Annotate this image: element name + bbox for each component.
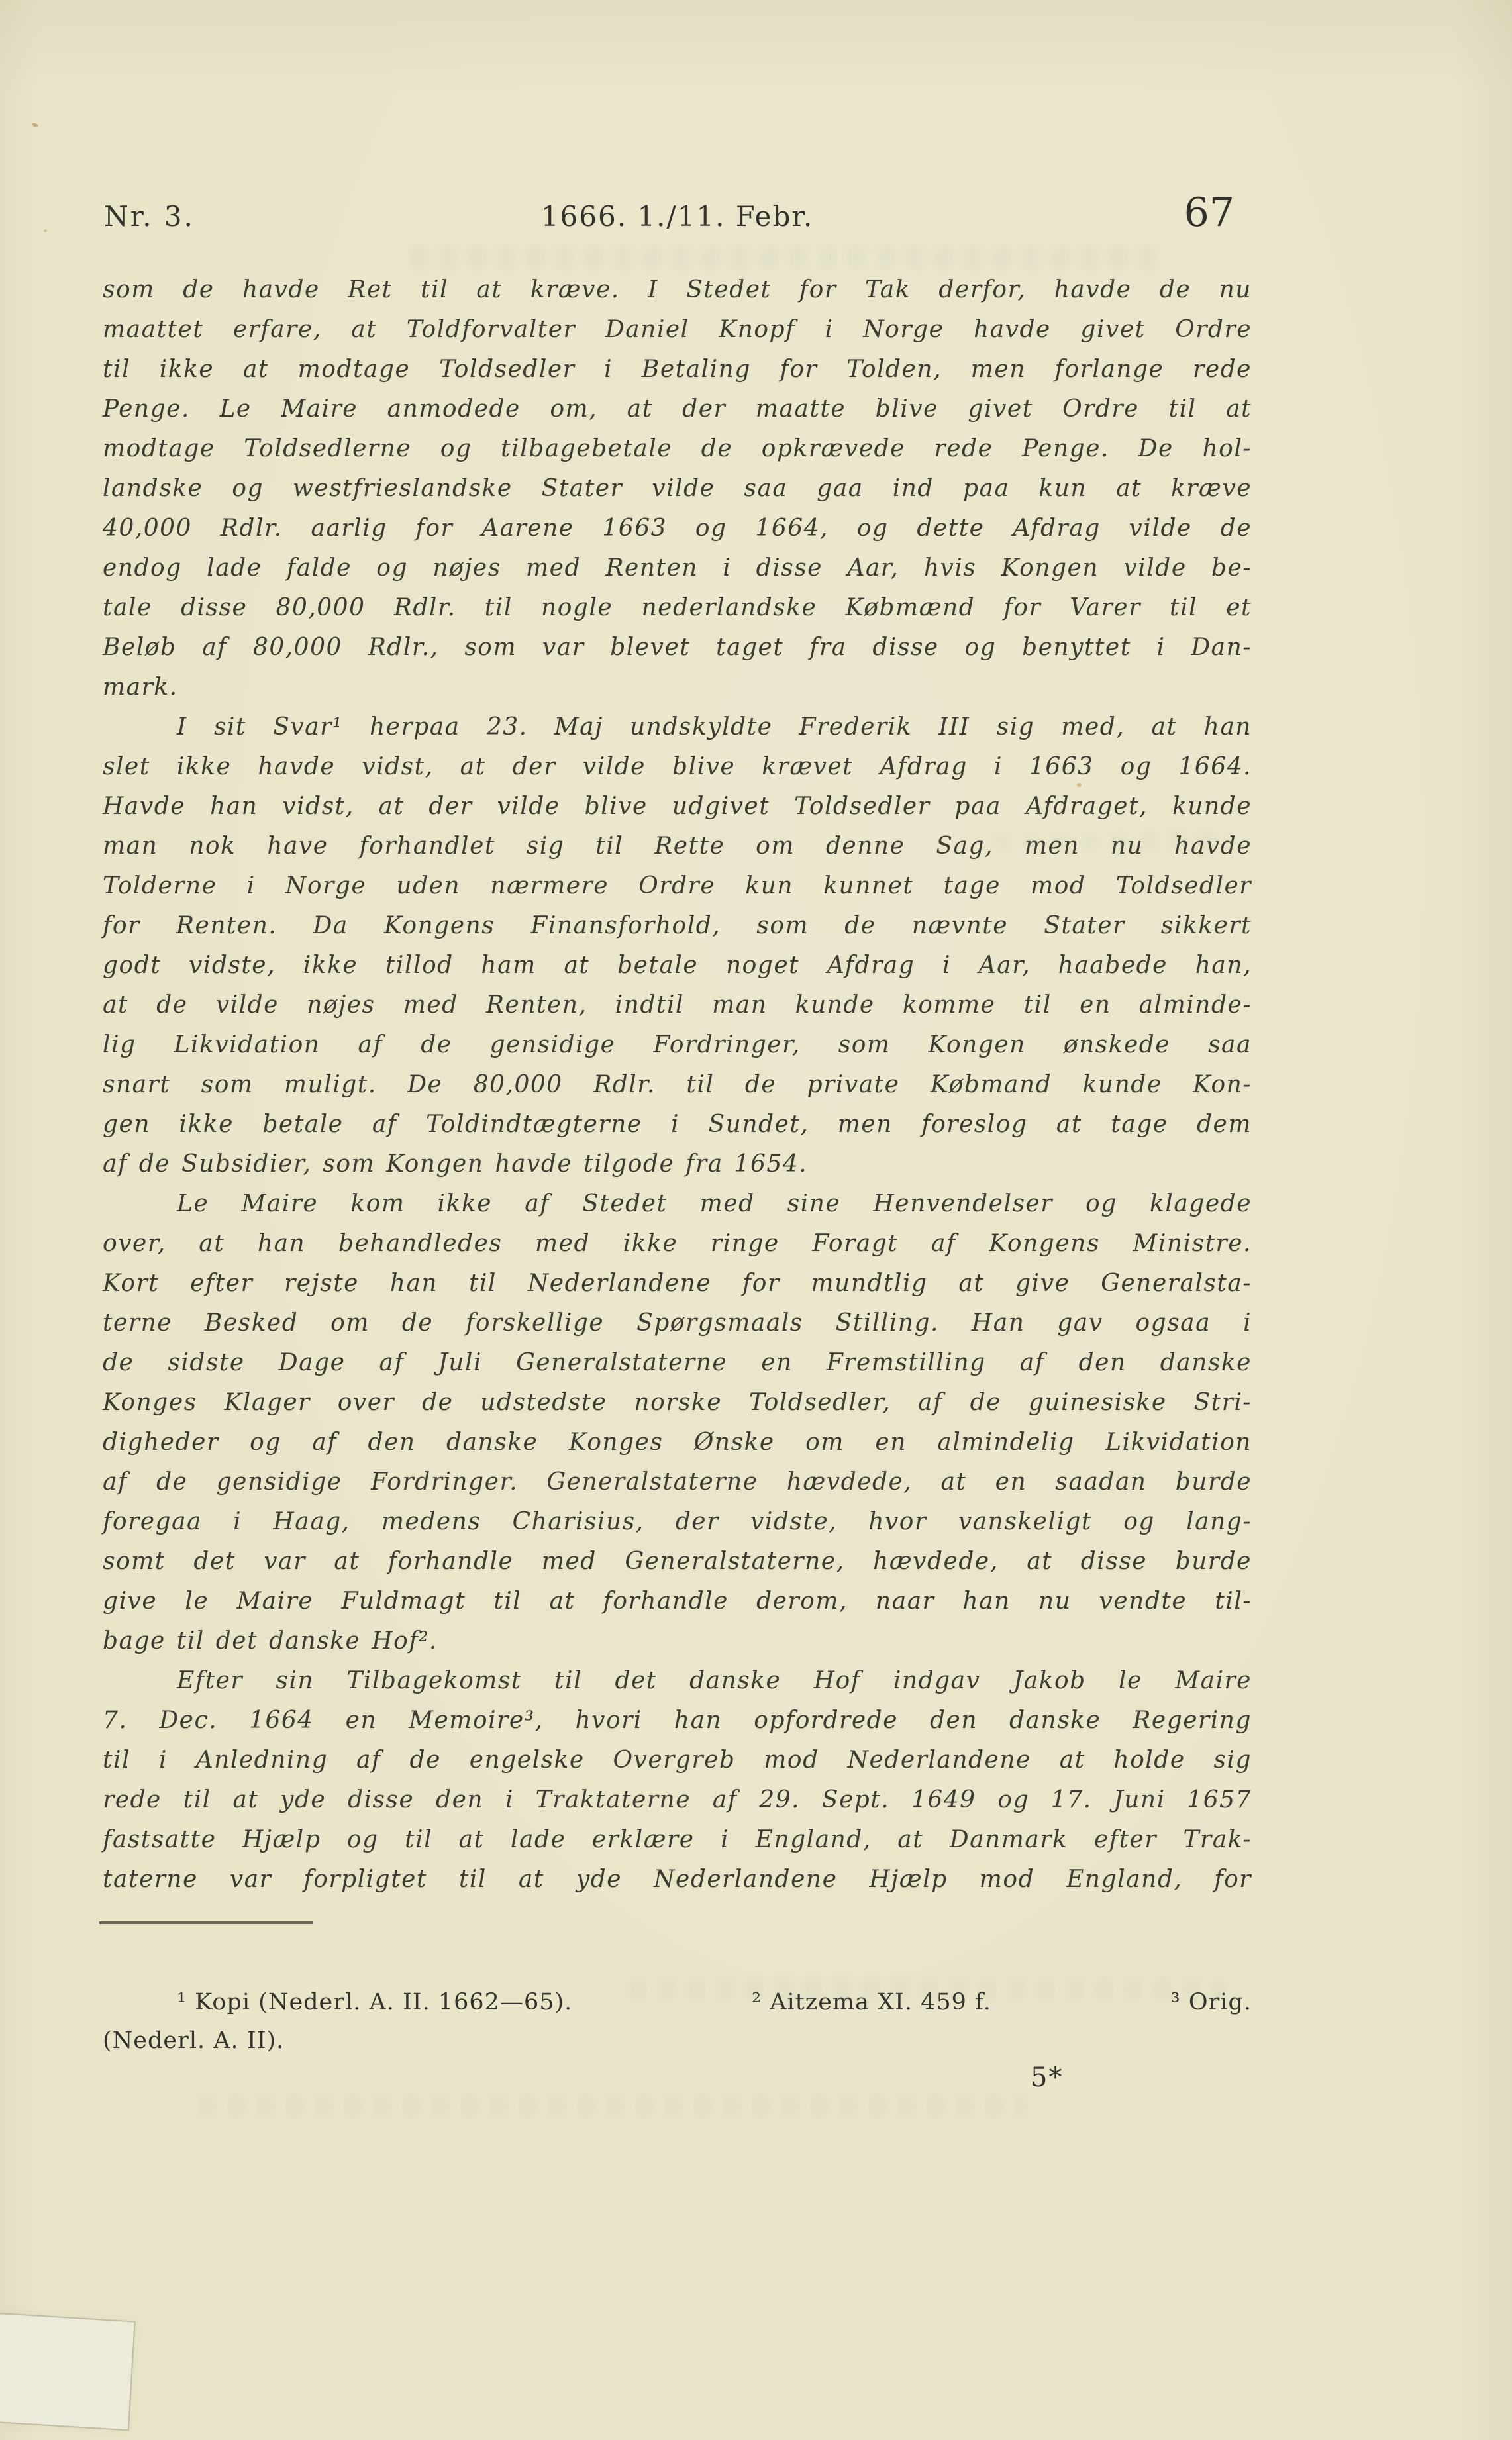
show-through-text (993, 831, 1232, 851)
text-line: bage til det danske Hof². (103, 1621, 1252, 1661)
text-line: til i Anledning af de engelske Overgreb … (103, 1741, 1252, 1780)
text-line: snart som muligt. De 80,000 Rdlr. til de… (103, 1065, 1252, 1105)
printers-signature-mark: 5* (1031, 2062, 1063, 2093)
book-page: Nr. 3. 1666. 1./11. Febr. 67 som de havd… (0, 0, 1512, 2440)
text-line: over, at han behandledes med ikke ringe … (103, 1224, 1252, 1264)
text-line: til ikke at modtage Toldsedler i Betalin… (103, 350, 1252, 389)
text-line: Beløb af 80,000 Rdlr., som var blevet ta… (103, 628, 1252, 668)
text-line: mark. (103, 668, 1252, 707)
text-line: Le Maire kom ikke af Stedet med sine Hen… (103, 1184, 1252, 1224)
show-through-text (411, 246, 1166, 269)
text-line: taterne var forpligtet til at yde Nederl… (103, 1860, 1252, 1900)
text-line: 40,000 Rdlr. aarlig for Aarene 1663 og 1… (103, 509, 1252, 548)
text-line: godt vidste, ikke tillod ham at betale n… (103, 946, 1252, 986)
text-line: Penge. Le Maire anmodede om, at der maat… (103, 389, 1252, 429)
paper-speck (31, 122, 38, 127)
text-line: lig Likvidation af de gensidige Fordring… (103, 1025, 1252, 1065)
text-line: tale disse 80,000 Rdlr. til nogle nederl… (103, 588, 1252, 628)
text-line: Tolderne i Norge uden nærmere Ordre kun … (103, 866, 1252, 906)
text-line: terne Besked om de forskellige Spørgsmaa… (103, 1303, 1252, 1343)
text-line: 7. Dec. 1664 en Memoire³, hvori han opfo… (103, 1701, 1252, 1741)
document-number: Nr. 3. (104, 200, 195, 232)
footnote-1: ¹ Kopi (Nederl. A. II. 1662—65). (103, 1983, 572, 2021)
text-line: landske og westfrieslandske Stater vilde… (103, 469, 1252, 509)
text-line: Havde han vidst, at der vilde blive udgi… (103, 787, 1252, 827)
text-line: rede til at yde disse den i Traktaterne … (103, 1780, 1252, 1820)
text-line: somt det var at forhandle med Generalsta… (103, 1542, 1252, 1582)
text-line: I sit Svar¹ herpaa 23. Maj undskyldte Fr… (103, 707, 1252, 747)
footnote-separator (99, 1921, 313, 1924)
text-line: de sidste Dage af Juli Generalstaterne e… (103, 1343, 1252, 1383)
text-line: Efter sin Tilbagekomst til det danske Ho… (103, 1661, 1252, 1701)
paper-patch (0, 2313, 136, 2431)
text-line: at de vilde nøjes med Renten, indtil man… (103, 986, 1252, 1025)
footnote-3-continuation: (Nederl. A. II). (103, 2021, 1252, 2060)
page-header: Nr. 3. 1666. 1./11. Febr. 67 (103, 195, 1252, 241)
body-text: som de havde Ret til at kræve. I Stedet … (103, 270, 1252, 1900)
paper-speck (1077, 783, 1082, 787)
text-line: fastsatte Hjælp og til at lade erklære i… (103, 1820, 1252, 1860)
text-line: modtage Toldsedlerne og tilbagebetale de… (103, 429, 1252, 469)
text-line: Konges Klager over de udstedste norske T… (103, 1383, 1252, 1423)
page-number: 67 (1184, 189, 1235, 236)
text-line: give le Maire Fuldmagt til at forhandle … (103, 1582, 1252, 1621)
text-line: som de havde Ret til at kræve. I Stedet … (103, 270, 1252, 310)
document-date: 1666. 1./11. Febr. (541, 200, 813, 232)
show-through-text (199, 2094, 1027, 2118)
text-line: for Renten. Da Kongens Finansforhold, so… (103, 906, 1252, 946)
text-line: maattet erfare, at Toldforvalter Daniel … (103, 310, 1252, 350)
text-line: Kort efter rejste han til Nederlandene f… (103, 1264, 1252, 1303)
text-line: gen ikke betale af Toldindtægterne i Sun… (103, 1105, 1252, 1144)
paper-speck (44, 229, 47, 232)
text-line: digheder og af den danske Konges Ønske o… (103, 1423, 1252, 1462)
text-line: endog lade falde og nøjes med Renten i d… (103, 548, 1252, 588)
show-through-text (629, 1978, 1225, 2000)
text-line: af de gensidige Fordringer. Generalstate… (103, 1462, 1252, 1502)
text-line: af de Subsidier, som Kongen havde tilgod… (103, 1144, 1252, 1184)
text-line: slet ikke havde vidst, at der vilde bliv… (103, 747, 1252, 787)
text-line: foregaa i Haag, medens Charisius, der vi… (103, 1502, 1252, 1542)
